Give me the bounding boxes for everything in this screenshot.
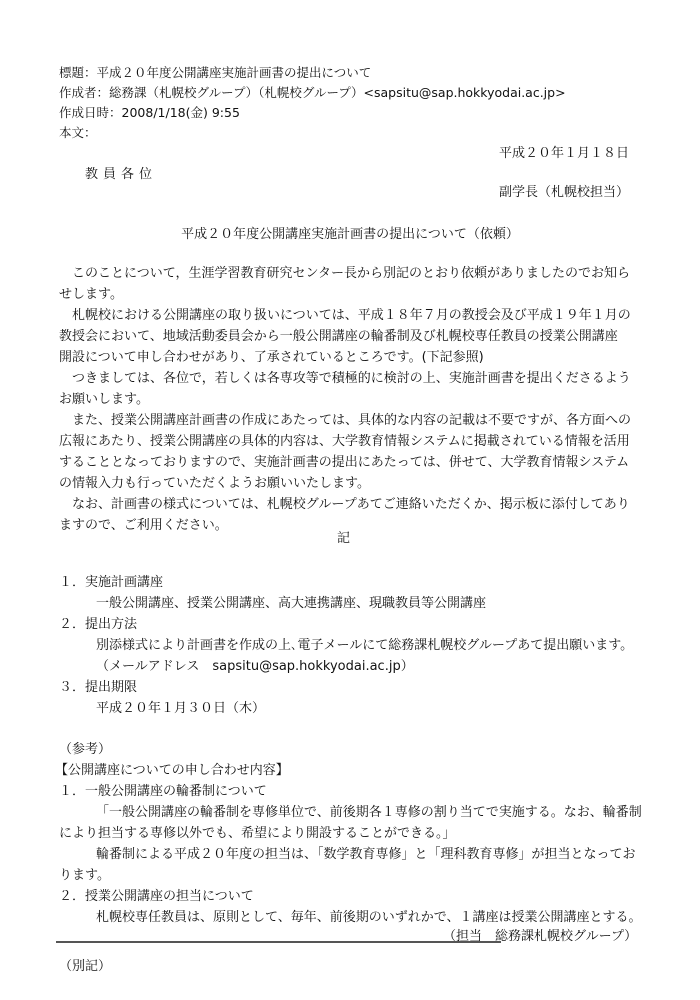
item-heading: ２．提出方法	[59, 616, 137, 633]
subject-label: 標題：	[59, 65, 97, 80]
ki-heading: 記	[337, 530, 350, 547]
paragraph-line: つきましては、各位で，若しくは各専攻等で積極的に検討の上、実施計画書を提出くださ…	[59, 370, 631, 387]
paragraph-line: 開設について申し合わせがあり、了承されているところです。(下記参照)	[59, 349, 484, 366]
date-value: 2008/1/18(金) 9:55	[122, 105, 240, 120]
email-date: 作成日時：2008/1/18(金) 9:55	[59, 104, 240, 121]
letter-sender: 副学長（札幌校担当）	[499, 184, 629, 201]
item-line: 別添様式により計画書を作成の上､電子メールにて総務課札幌校グループあて提出願いま…	[96, 637, 633, 654]
paragraph-line: また、授業公開講座計画書の作成にあたっては、具体的な内容の記載は不要ですが、各方…	[59, 412, 631, 429]
email-body-label: 本文：	[59, 124, 97, 141]
item-heading: １．実施計画講座	[59, 574, 163, 591]
letter-addressee: 教員各位	[85, 166, 157, 183]
author-value: 総務課（札幌校グループ）（札幌校グループ）<sapsitu@sap.hokkyo…	[109, 85, 566, 100]
letter-title: 平成２０年度公開講座実施計画書の提出について（依頼）	[0, 226, 700, 243]
paragraph-line: ますので、ご利用ください。	[59, 517, 228, 534]
paragraph-line: することとなっておりますので、実施計画書の提出にあたっては、併せて、大学教育情報…	[59, 454, 629, 471]
paragraph-line: 教授会において、地域活動委員会から一般公開講座の輪番制及び札幌校専任教員の授業公…	[59, 328, 618, 345]
item-line: 一般公開講座、授業公開講座、高大連携講座、現職教員等公開講座	[96, 595, 486, 612]
paragraph-line: お願いします。	[59, 391, 149, 408]
reference-heading: 【公開講座についての申し合わせ内容】	[55, 762, 289, 779]
reference-item-heading: ２．授業公開講座の担当について	[59, 888, 254, 905]
paragraph-line: このことについて，生涯学習教育研究センター長から別記のとおり依頼がありましたので…	[59, 265, 630, 282]
item-line: 平成２０年１月３０日（木）	[96, 700, 265, 717]
paragraph-line: の情報入力も行っていただくようお願いいたします。	[59, 475, 370, 492]
reference-line: 輪番制による平成２０年度の担当は、「数学教育専修」と「理科教育専修」が担当となっ…	[96, 846, 636, 863]
paragraph-line: 札幌校における公開講座の取り扱いについては、平成１８年７月の教授会及び平成１９年…	[59, 307, 631, 324]
item-heading: ３．提出期限	[59, 679, 137, 696]
paragraph-line: なお、計画書の様式については、札幌校グループあてご連絡いただくか、掲示板に添付し…	[59, 496, 630, 513]
divider-line	[56, 941, 501, 943]
paragraph-line: せします。	[59, 286, 123, 303]
date-label: 作成日時：	[59, 105, 122, 120]
email-author: 作成者：総務課（札幌校グループ）（札幌校グループ）<sapsitu@sap.ho…	[59, 84, 566, 101]
item-line: （メールアドレス sapsitu@sap.hokkyodai.ac.jp）	[96, 658, 414, 675]
reference-line: により担当する専修以外でも、希望により開設することができる。」	[59, 825, 456, 842]
paragraph-line: 広報にあたり、授業公開講座の具体的内容は、大学教育情報システムに掲載されている情…	[59, 433, 630, 450]
author-label: 作成者：	[59, 85, 109, 100]
reference-line: 「一般公開講座の輪番制を専修単位で、前後期各１専修の割り当てで実施する。なお、輪…	[96, 804, 642, 821]
letter-date: 平成２０年１月１８日	[499, 145, 629, 162]
appendix-label: （別記）	[59, 958, 111, 975]
reference-line: 札幌校専任教員は、原則として、毎年、前後期のいずれかで、１講座は授業公開講座とす…	[96, 909, 641, 926]
subject-value: 平成２０年度公開講座実施計画書の提出について	[97, 65, 372, 80]
reference-item-heading: １．一般公開講座の輪番制について	[59, 783, 267, 800]
email-subject: 標題：平成２０年度公開講座実施計画書の提出について	[59, 64, 371, 81]
reference-label: （参考）	[59, 741, 111, 758]
reference-line: ります。	[59, 867, 110, 884]
